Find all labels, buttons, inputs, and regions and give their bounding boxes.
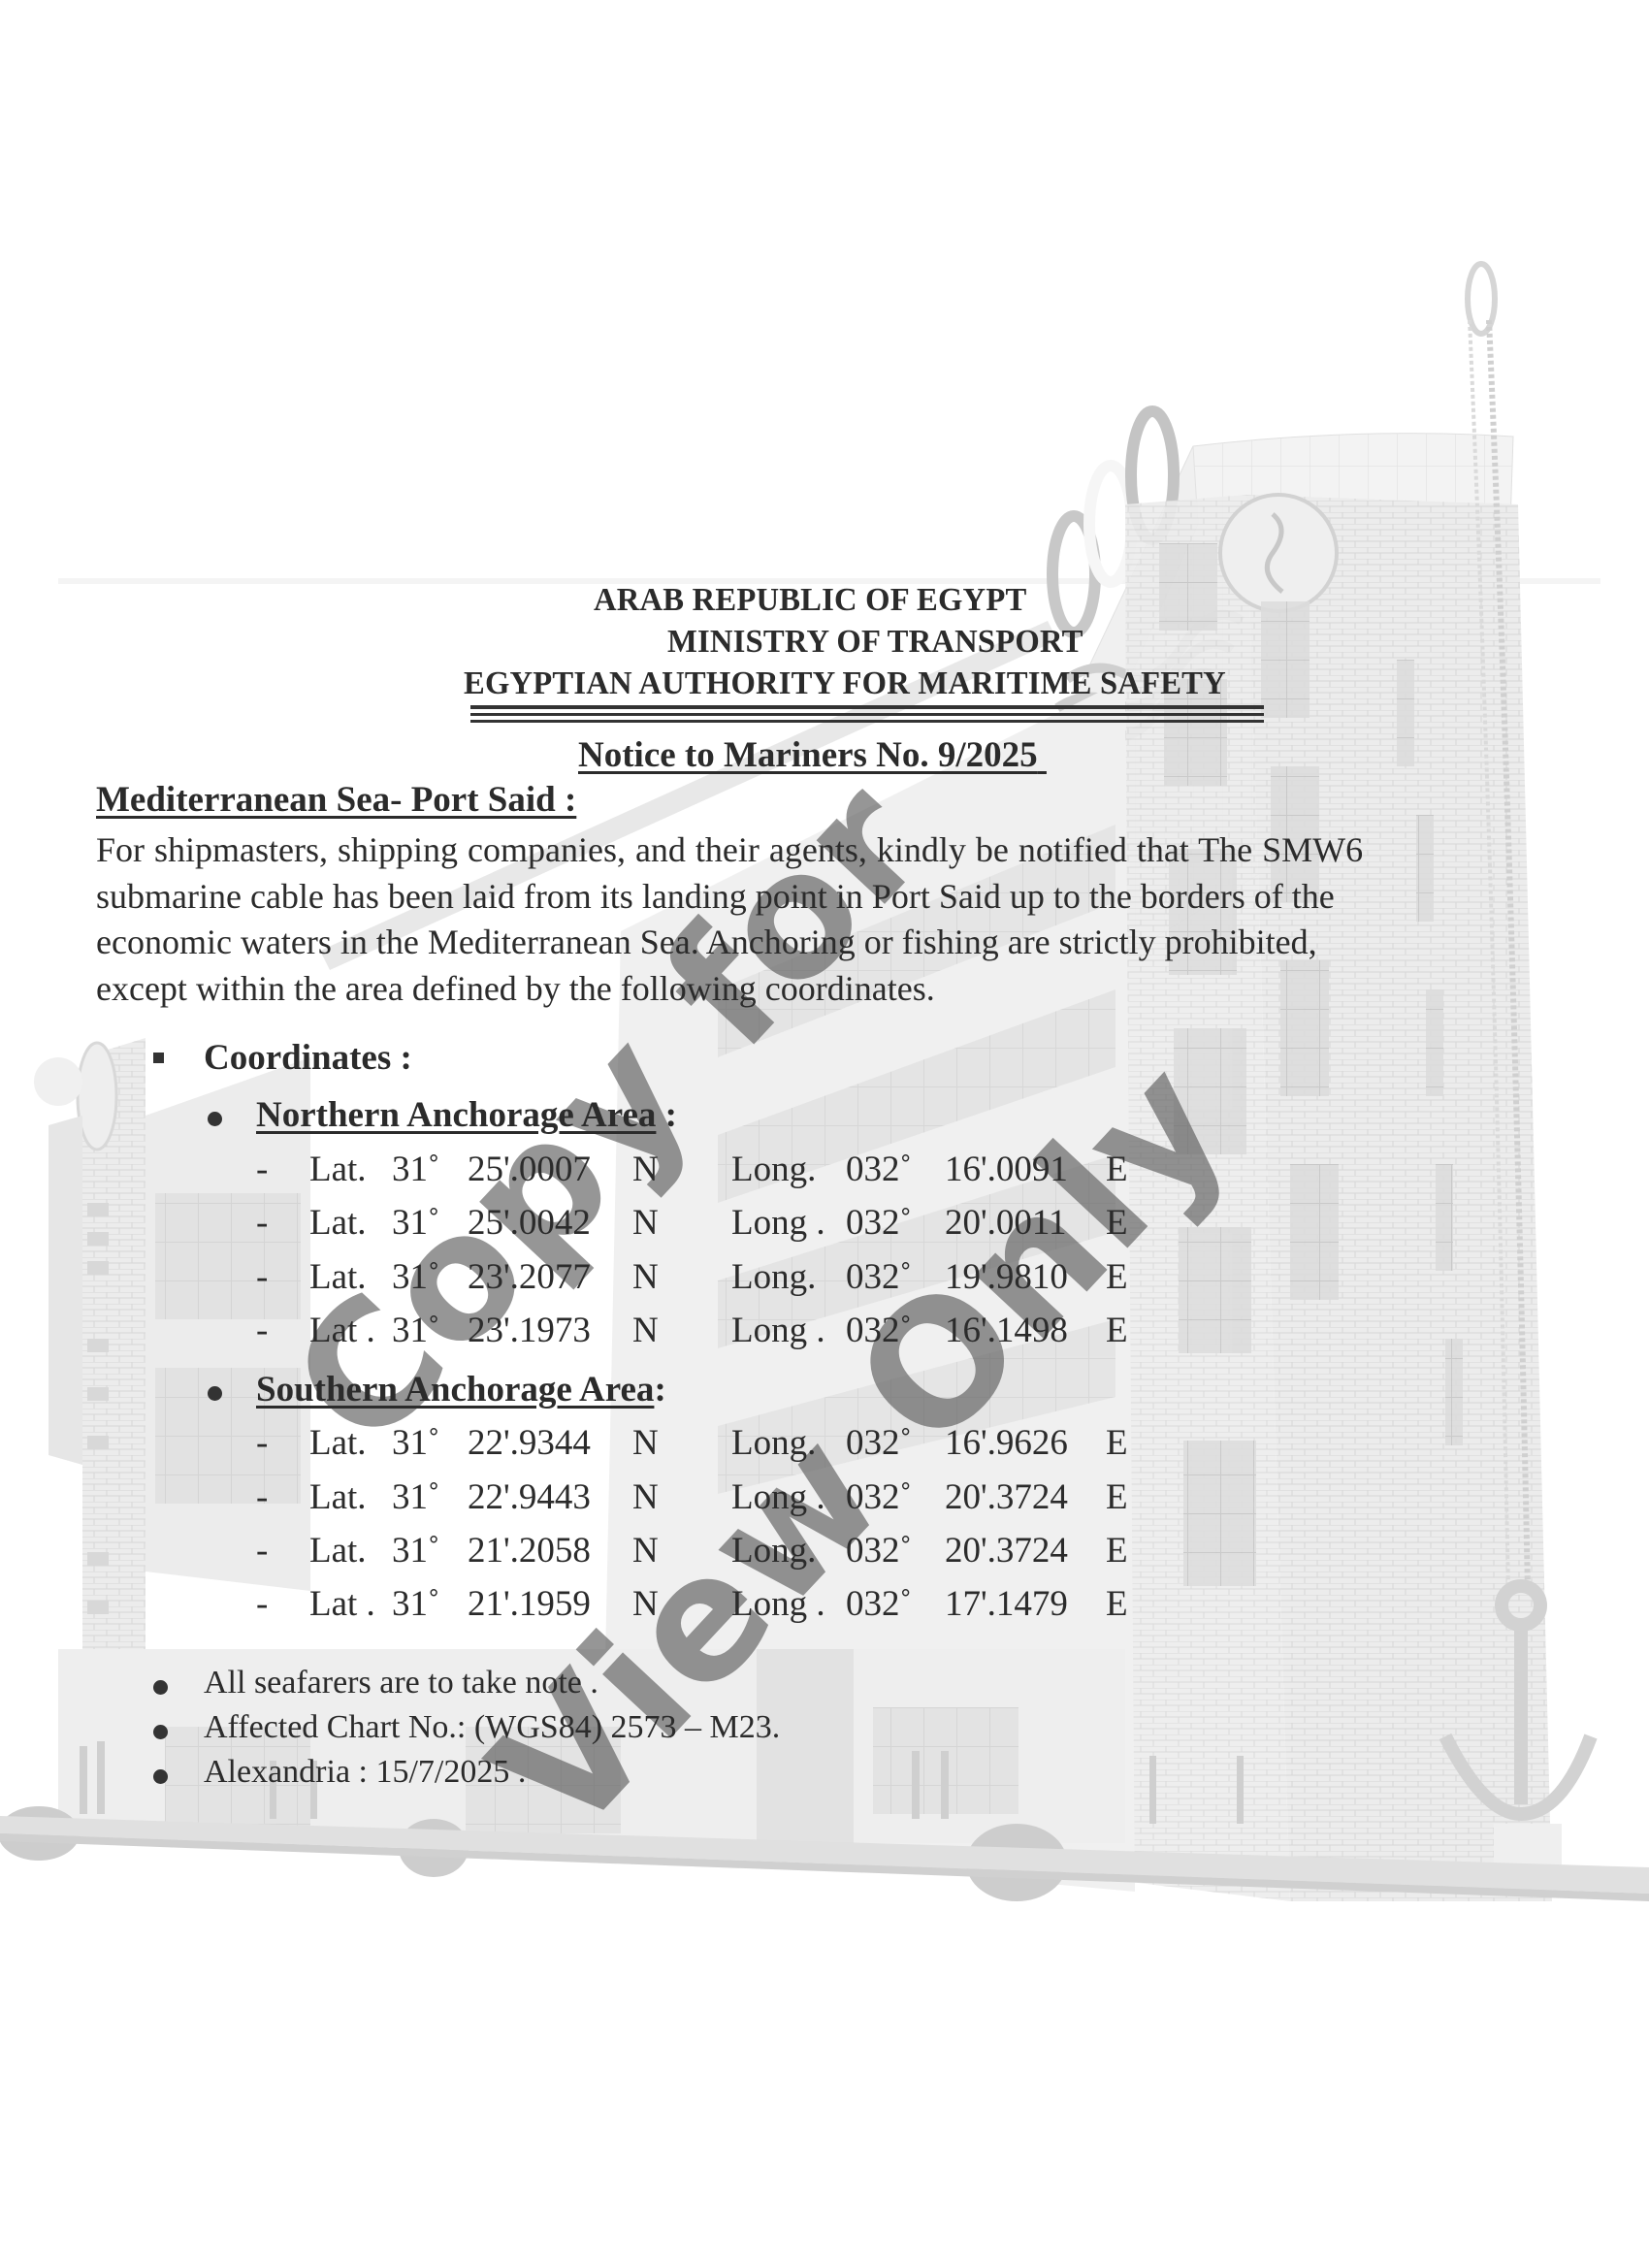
long-minutes: 16'.9626 <box>945 1422 1068 1464</box>
coordinate-row: -Lat.31˚21'.2058NLong.032˚20'.3724E <box>256 1530 1226 1572</box>
dash: - <box>256 1476 268 1518</box>
body-line: economic waters in the Mediterranean Sea… <box>96 922 1317 962</box>
lat-degrees: 31˚ <box>392 1583 439 1625</box>
header-country: ARAB REPUBLIC OF EGYPT <box>594 582 1026 619</box>
lat-minutes: 22'.9344 <box>468 1422 591 1464</box>
lat-hemisphere: N <box>632 1310 659 1351</box>
bullet-icon <box>208 1112 222 1126</box>
lat-hemisphere: N <box>632 1149 659 1190</box>
long-label: Long . <box>731 1310 825 1351</box>
lat-degrees: 31˚ <box>392 1476 439 1518</box>
lat-degrees: 31˚ <box>392 1149 439 1190</box>
long-degrees: 032˚ <box>846 1149 912 1190</box>
lat-minutes: 25'.0042 <box>468 1202 591 1244</box>
issue-date: Alexandria : 15/7/2025 . <box>204 1754 526 1791</box>
lat-degrees: 31˚ <box>392 1202 439 1244</box>
long-label: Long. <box>731 1530 816 1571</box>
long-hemisphere: E <box>1106 1476 1128 1518</box>
long-hemisphere: E <box>1106 1422 1128 1464</box>
bullet-icon <box>153 1769 168 1784</box>
long-label: Long . <box>731 1202 825 1244</box>
long-hemisphere: E <box>1106 1256 1128 1298</box>
long-degrees: 032˚ <box>846 1256 912 1298</box>
coordinate-row: -Lat.31˚22'.9443NLong .032˚20'.3724E <box>256 1476 1226 1519</box>
body-line: submarine cable has been laid from its l… <box>96 876 1335 917</box>
lat-label: Lat. <box>309 1202 367 1244</box>
dash: - <box>256 1256 268 1298</box>
dash: - <box>256 1149 268 1190</box>
building-background-illustration <box>0 0 1649 2268</box>
lat-label: Lat. <box>309 1530 367 1571</box>
lat-minutes: 25'.0007 <box>468 1149 591 1190</box>
coordinates-label: Coordinates : <box>204 1037 412 1079</box>
body-line: For shipmasters, shipping companies, and… <box>96 829 1363 870</box>
lat-minutes: 22'.9443 <box>468 1476 591 1518</box>
lat-hemisphere: N <box>632 1422 659 1464</box>
lat-degrees: 31˚ <box>392 1256 439 1298</box>
square-bullet-icon <box>153 1053 164 1063</box>
header-rule <box>470 720 1264 723</box>
coordinate-row: -Lat .31˚21'.1959NLong .032˚17'.1479E <box>256 1583 1226 1626</box>
coordinate-row: -Lat.31˚25'.0042NLong .032˚20'.0011E <box>256 1202 1226 1245</box>
long-label: Long. <box>731 1149 816 1190</box>
long-minutes: 20'.3724 <box>945 1476 1068 1518</box>
lat-label: Lat. <box>309 1476 367 1518</box>
coordinate-row: -Lat.31˚23'.2077NLong.032˚19'.9810E <box>256 1256 1226 1299</box>
long-degrees: 032˚ <box>846 1310 912 1351</box>
lat-hemisphere: N <box>632 1583 659 1625</box>
dash: - <box>256 1422 268 1464</box>
long-label: Long. <box>731 1256 816 1298</box>
footer-note: All seafarers are to take note . <box>204 1665 598 1701</box>
long-hemisphere: E <box>1106 1149 1128 1190</box>
coordinate-row: -Lat.31˚25'.0007NLong.032˚16'.0091E <box>256 1149 1226 1191</box>
bullet-icon <box>153 1680 168 1695</box>
long-label: Long. <box>731 1422 816 1464</box>
coordinate-row: -Lat.31˚22'.9344NLong.032˚16'.9626E <box>256 1422 1226 1465</box>
lat-hemisphere: N <box>632 1202 659 1244</box>
bullet-icon <box>208 1386 222 1401</box>
long-minutes: 20'.0011 <box>945 1202 1067 1244</box>
section-title: Mediterranean Sea- Port Said : <box>96 779 576 821</box>
long-degrees: 032˚ <box>846 1476 912 1518</box>
lat-label: Lat. <box>309 1256 367 1298</box>
dash: - <box>256 1530 268 1571</box>
long-hemisphere: E <box>1106 1202 1128 1244</box>
northern-area-label: Northern Anchorage Area : <box>256 1094 677 1136</box>
dash: - <box>256 1202 268 1244</box>
lat-hemisphere: N <box>632 1476 659 1518</box>
long-label: Long . <box>731 1583 825 1625</box>
lat-degrees: 31˚ <box>392 1422 439 1464</box>
long-hemisphere: E <box>1106 1310 1128 1351</box>
long-hemisphere: E <box>1106 1583 1128 1625</box>
long-minutes: 16'.1498 <box>945 1310 1068 1351</box>
long-degrees: 032˚ <box>846 1530 912 1571</box>
header-ministry: MINISTRY OF TRANSPORT <box>667 624 1083 661</box>
lat-minutes: 23'.2077 <box>468 1256 591 1298</box>
southern-area-label: Southern Anchorage Area: <box>256 1369 666 1410</box>
long-hemisphere: E <box>1106 1530 1128 1571</box>
header-rule <box>470 713 1264 716</box>
long-minutes: 16'.0091 <box>945 1149 1068 1190</box>
lat-hemisphere: N <box>632 1256 659 1298</box>
lat-degrees: 31˚ <box>392 1530 439 1571</box>
long-minutes: 17'.1479 <box>945 1583 1068 1625</box>
lat-label: Lat . <box>309 1583 375 1625</box>
body-line: except within the area defined by the fo… <box>96 968 935 1009</box>
lat-hemisphere: N <box>632 1530 659 1571</box>
lat-degrees: 31˚ <box>392 1310 439 1351</box>
notice-title: Notice to Mariners No. 9/2025 <box>578 734 1047 776</box>
affected-chart: Affected Chart No.: (WGS84) 2573 – M23. <box>204 1709 780 1746</box>
dash: - <box>256 1310 268 1351</box>
long-degrees: 032˚ <box>846 1422 912 1464</box>
header-authority: EGYPTIAN AUTHORITY FOR MARITIME SAFETY <box>464 665 1226 702</box>
header-rule <box>470 705 1264 709</box>
lat-minutes: 21'.1959 <box>468 1583 591 1625</box>
dash: - <box>256 1583 268 1625</box>
lat-label: Lat. <box>309 1422 367 1464</box>
long-degrees: 032˚ <box>846 1202 912 1244</box>
bullet-icon <box>153 1725 168 1739</box>
long-degrees: 032˚ <box>846 1583 912 1625</box>
lat-minutes: 23'.1973 <box>468 1310 591 1351</box>
coordinate-row: -Lat .31˚23'.1973NLong .032˚16'.1498E <box>256 1310 1226 1352</box>
lat-minutes: 21'.2058 <box>468 1530 591 1571</box>
lat-label: Lat . <box>309 1310 375 1351</box>
long-minutes: 19'.9810 <box>945 1256 1068 1298</box>
long-label: Long . <box>731 1476 825 1518</box>
lat-label: Lat. <box>309 1149 367 1190</box>
long-minutes: 20'.3724 <box>945 1530 1068 1571</box>
